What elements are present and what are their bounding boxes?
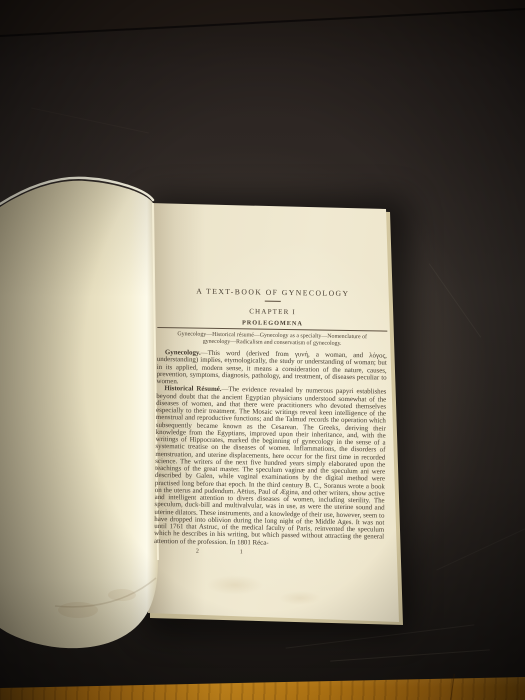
curled-left-page xyxy=(0,148,170,658)
chapter-synopsis: Gynecology—Historical résumé—Gynecology … xyxy=(157,331,387,348)
signature-mark: 2 xyxy=(196,549,199,555)
paragraph-text: —The evidence revealed by numerous papyr… xyxy=(154,386,386,546)
page-number: 1 xyxy=(240,549,243,555)
printed-text-block: A TEXT-BOOK OF GYNECOLOGY CHAPTER I PROL… xyxy=(154,286,388,561)
curled-page-shading xyxy=(0,181,158,648)
photo-open-book-on-table: A TEXT-BOOK OF GYNECOLOGY CHAPTER I PROL… xyxy=(0,0,525,700)
page-stain xyxy=(108,589,136,601)
paragraph-historical-resume: Historical Résumé.—The evidence revealed… xyxy=(154,385,386,548)
title-rule xyxy=(265,301,281,302)
paragraph-gynecology: Gynecology.—This word (derived from γυνή… xyxy=(156,349,387,389)
chapter-heading: CHAPTER I xyxy=(158,306,388,318)
page-stain xyxy=(58,602,98,618)
